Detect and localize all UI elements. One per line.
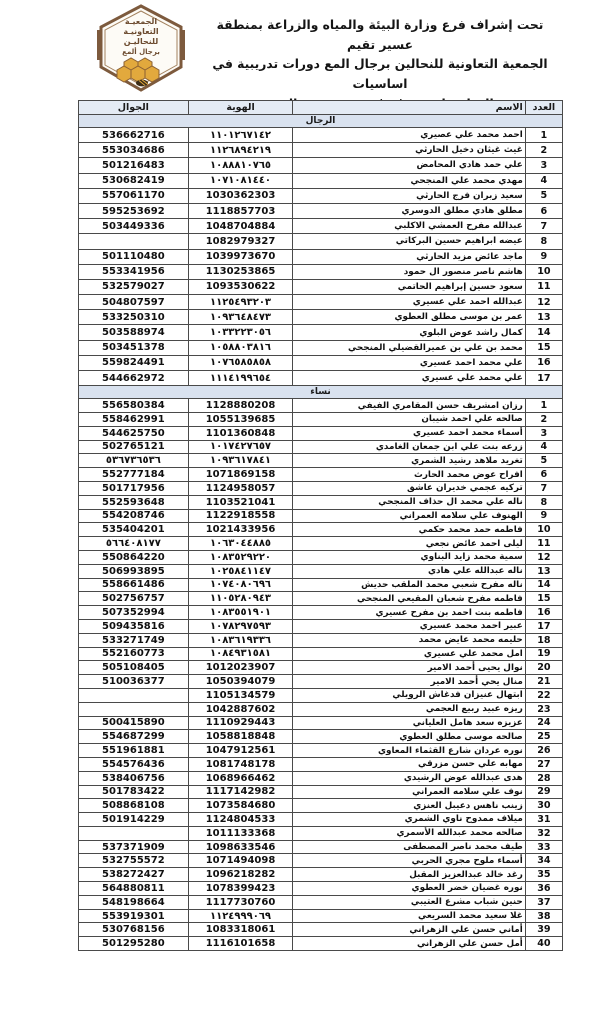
section-title: الرجال <box>79 115 563 128</box>
id-cell: 1118857703 <box>188 203 293 218</box>
id-cell: ١٠٧١٠٨١٤٤٠ <box>188 173 293 188</box>
num-cell: 11 <box>525 537 562 551</box>
num-cell: 36 <box>525 882 562 896</box>
table-row: 6مطلق هادي مطلق الدوسري11188577035952536… <box>79 203 563 218</box>
name-cell: رغد خالد عبدالعزيز المقبل <box>293 868 525 882</box>
id-cell: 1128880208 <box>188 399 293 413</box>
id-cell: 1030362303 <box>188 188 293 203</box>
num-cell: 5 <box>525 188 562 203</box>
table-row: 26نوره عردان شارع القثماء المعاوي1047912… <box>79 744 563 758</box>
name-cell: علي محمد احمد عسيري <box>293 355 525 370</box>
mobile-cell: 564880811 <box>79 882 189 896</box>
name-cell: أسماء ملوح مجري الحربي <box>293 854 525 868</box>
table-row: 10هاشم ناصر منصور ال حمود113025386555334… <box>79 264 563 279</box>
name-cell: الهنوف علي سلامه العمراني <box>293 509 525 523</box>
num-cell: 17 <box>525 371 562 386</box>
id-cell: 1083318061 <box>188 923 293 937</box>
id-cell: 1047912561 <box>188 744 293 758</box>
mobile-cell <box>79 702 189 716</box>
name-cell: عمر بن موسى مطلق العطوي <box>293 310 525 325</box>
name-cell: غيث غيثان دخيل الحارثي <box>293 143 525 158</box>
num-cell: 17 <box>525 619 562 633</box>
name-cell: ميلاف ممدوح ناوي الشمري <box>293 813 525 827</box>
num-cell: 35 <box>525 868 562 882</box>
name-cell: نوره غضيان خضر العطوي <box>293 882 525 896</box>
svg-text:التعاونيـة: التعاونيـة <box>123 27 159 36</box>
table-row: 3علي حمد هادي المحامض١٠٨٨٨١٠٧٦٥501216483 <box>79 158 563 173</box>
mobile-cell: 548198664 <box>79 895 189 909</box>
mobile-cell: 554208746 <box>79 509 189 523</box>
name-cell: ليلى احمد عائض نجعي <box>293 537 525 551</box>
table-row: 31ميلاف ممدوح ناوي الشمري112480453350191… <box>79 813 563 827</box>
section-header-row: الرجال <box>79 115 563 128</box>
name-cell: صالحه علي احمد شيبان <box>293 412 525 426</box>
mobile-cell: 551961881 <box>79 744 189 758</box>
name-cell: مهدي محمد علي المنجحي <box>293 173 525 188</box>
mobile-cell: 595253692 <box>79 203 189 218</box>
num-cell: 10 <box>525 264 562 279</box>
mobile-cell: 507352994 <box>79 606 189 620</box>
mobile-cell: 537371909 <box>79 840 189 854</box>
mobile-cell: 504807597 <box>79 295 189 310</box>
num-cell: 18 <box>525 633 562 647</box>
table-row: 4زرعه بنت علي ابن جمعان الغامدي١٠١٧٤٢٧٦٥… <box>79 440 563 454</box>
mobile-cell: 502756757 <box>79 592 189 606</box>
name-cell: أماني حسن علي الزهراني <box>293 923 525 937</box>
id-cell: 1098633546 <box>188 840 293 854</box>
table-row: 30زينب ناهس دعيبل العنزي1073584680508868… <box>79 799 563 813</box>
table-row: 23ريزه عبيد ربيع العجمي1042887602 <box>79 702 563 716</box>
name-cell: ناله علي محمد ال حذاف المنجحي <box>293 495 525 509</box>
id-cell: ١١١٤١٩٩٦٥٤ <box>188 371 293 386</box>
name-cell: تركيه عجمي خديران عاشق <box>293 481 525 495</box>
table-row: 36نوره غضيان خضر العطوي10783994235648808… <box>79 882 563 896</box>
table-row: 19امل محمد علي عسيري١٠٨٤٩٣١٥٨١552160773 <box>79 647 563 661</box>
mobile-cell: 544662972 <box>79 371 189 386</box>
name-cell: حنين شباب مشرع العتيبي <box>293 895 525 909</box>
table-row: 18حليمه محمد عايض محمد١٠٨٣٦١٩٣٣٦53327174… <box>79 633 563 647</box>
name-cell: سمية محمد زايد البناوي <box>293 550 525 564</box>
num-cell: 3 <box>525 426 562 440</box>
id-cell: 1117730760 <box>188 895 293 909</box>
mobile-cell: 552160773 <box>79 647 189 661</box>
id-cell: 1116101658 <box>188 937 293 951</box>
table-row: 13عمر بن موسى مطلق العطوي١٠٩٣٦٤٨٤٧٣53325… <box>79 310 563 325</box>
mobile-cell: 533271749 <box>79 633 189 647</box>
name-cell: أمل حسن علي الزهراني <box>293 937 525 951</box>
table-row: 15محمد بن علي بن عميرالقضيلي المنجحي١٠٥٨… <box>79 340 563 355</box>
id-cell: ١٠٨٨٨١٠٧٦٥ <box>188 158 293 173</box>
mobile-cell: 532755572 <box>79 854 189 868</box>
num-cell: 15 <box>525 592 562 606</box>
svg-text:للنحاليـن: للنحاليـن <box>124 37 159 46</box>
id-cell: ١١٠١٢٦٧١٤٢ <box>188 128 293 143</box>
name-cell: صالحه محمد عبدالله الأسمري <box>293 826 525 840</box>
num-cell: 31 <box>525 813 562 827</box>
name-cell: زينب ناهس دعيبل العنزي <box>293 799 525 813</box>
name-cell: سعود حسين إبراهيم الحاتمي <box>293 279 525 294</box>
id-cell: 1093530622 <box>188 279 293 294</box>
num-cell: 16 <box>525 606 562 620</box>
name-cell: عبير احمد محمد عسيري <box>293 619 525 633</box>
mobile-cell: 558661486 <box>79 578 189 592</box>
id-cell: 1122918558 <box>188 509 293 523</box>
id-cell: 1021433956 <box>188 523 293 537</box>
mobile-cell: 501783422 <box>79 785 189 799</box>
num-cell: 2 <box>525 143 562 158</box>
mobile-cell: 557061170 <box>79 188 189 203</box>
table-row: 28هدى عبدالله عوض الرشيدي106896646253840… <box>79 771 563 785</box>
id-cell: 1081748178 <box>188 757 293 771</box>
column-header-number: العدد <box>525 101 562 115</box>
id-cell: ١٠٧٦٥٨٥٨٥٨ <box>188 355 293 370</box>
name-cell: فاطمه مفرح شعبان المقيعي المنجحي <box>293 592 525 606</box>
table-row: 8ناله علي محمد ال حذاف المنجحي1103521041… <box>79 495 563 509</box>
id-cell: ١٠٣٣٢٢٣٠٥٦ <box>188 325 293 340</box>
name-cell: نوره عردان شارع القثماء المعاوي <box>293 744 525 758</box>
table-row: 11ليلى احمد عائض نجعي١٠٦٣٠٤٤٨٨٥٥٦٦٤٠٨١٧٧ <box>79 537 563 551</box>
name-cell: رزان امشريف حسن المقامري الفيفي <box>293 399 525 413</box>
table-row: 7تركيه عجمي خديران عاشق11249580575017179… <box>79 481 563 495</box>
table-row: 7عبدالله مفرح العمشي الاكلبي104870488450… <box>79 219 563 234</box>
mobile-cell: 536662716 <box>79 128 189 143</box>
id-cell: 1096218282 <box>188 868 293 882</box>
table-row: 10فاطمه حمد محمد حكمي1021433956535404201 <box>79 523 563 537</box>
name-cell: ريزه عبيد ربيع العجمي <box>293 702 525 716</box>
name-cell: زرعه بنت علي ابن جمعان الغامدي <box>293 440 525 454</box>
svg-text:الجمعيـة: الجمعيـة <box>125 17 158 26</box>
mobile-cell: 533250310 <box>79 310 189 325</box>
mobile-cell: 508868108 <box>79 799 189 813</box>
mobile-cell: 538406756 <box>79 771 189 785</box>
id-cell: 1050394079 <box>188 675 293 689</box>
table-row: 1رزان امشريف حسن المقامري الفيفي11288802… <box>79 399 563 413</box>
header-line-1: تحت إشراف فرع وزارة البيئة والمياه والزر… <box>198 16 562 55</box>
id-cell: 1101360848 <box>188 426 293 440</box>
num-cell: 30 <box>525 799 562 813</box>
num-cell: 13 <box>525 310 562 325</box>
num-cell: 9 <box>525 249 562 264</box>
num-cell: 37 <box>525 895 562 909</box>
id-cell: 1012023907 <box>188 661 293 675</box>
mobile-cell: 553034686 <box>79 143 189 158</box>
name-cell: ناله مفرح شعبي محمد الملقب حديش <box>293 578 525 592</box>
participants-table: العدد الاسم الهوية الجوال الرجال1احمد مح… <box>78 100 563 951</box>
mobile-cell: 552777184 <box>79 468 189 482</box>
header-line-2: الجمعية التعاونية للنحالين برجال المع دو… <box>198 55 562 94</box>
id-cell: ١٠٨٤٩٣١٥٨١ <box>188 647 293 661</box>
mobile-cell: 535404201 <box>79 523 189 537</box>
name-cell: كمال راشد عوض البلوي <box>293 325 525 340</box>
name-cell: تغريد ملاهد رشيد الشمري <box>293 454 525 468</box>
name-cell: مطلق هادي مطلق الدوسري <box>293 203 525 218</box>
table-row: 5سعيد زبران فرج الحارثي10303623035570611… <box>79 188 563 203</box>
num-cell: 11 <box>525 279 562 294</box>
num-cell: 8 <box>525 495 562 509</box>
mobile-cell: ٥٦٦٤٠٨١٧٧ <box>79 537 189 551</box>
table-row: 17عبير احمد محمد عسيري١٠٧٨٢٩٧٥٩٣50943581… <box>79 619 563 633</box>
name-cell: علي محمد علي عسيري <box>293 371 525 386</box>
table-row: 29نوف علي سلامه العمراني1117142982501783… <box>79 785 563 799</box>
svg-text:برجال ألمع: برجال ألمع <box>122 47 160 56</box>
mobile-cell: 530682419 <box>79 173 189 188</box>
table-row: 11سعود حسين إبراهيم الحاتمي1093530622532… <box>79 279 563 294</box>
id-cell: 1068966462 <box>188 771 293 785</box>
name-cell: أسماء محمد احمد عسيري <box>293 426 525 440</box>
num-cell: 3 <box>525 158 562 173</box>
mobile-cell: 503449336 <box>79 219 189 234</box>
id-cell: ١٠٩٣٦٤٨٤٧٣ <box>188 310 293 325</box>
table-row: 21منال يحي أحمد الامير105039407951003637… <box>79 675 563 689</box>
name-cell: مهابه علي حسن مزرقي <box>293 757 525 771</box>
num-cell: 6 <box>525 468 562 482</box>
num-cell: 4 <box>525 440 562 454</box>
num-cell: 23 <box>525 702 562 716</box>
name-cell: هدى عبدالله عوض الرشيدي <box>293 771 525 785</box>
mobile-cell: 510036377 <box>79 675 189 689</box>
id-cell: 1103521041 <box>188 495 293 509</box>
name-cell: حليمه محمد عايض محمد <box>293 633 525 647</box>
num-cell: 40 <box>525 937 562 951</box>
id-cell: 1105134579 <box>188 688 293 702</box>
mobile-cell: 501216483 <box>79 158 189 173</box>
table-row: 9الهنوف علي سلامه العمراني11229185585542… <box>79 509 563 523</box>
num-cell: 24 <box>525 716 562 730</box>
mobile-cell: 506993895 <box>79 564 189 578</box>
id-cell: ١٠٩٣٦١٧٨٤١ <box>188 454 293 468</box>
id-cell: 1124804533 <box>188 813 293 827</box>
logo-text: الجمعيـة التعاونيـة للنحاليـن برجال ألمع <box>122 17 160 56</box>
num-cell: 38 <box>525 909 562 923</box>
name-cell: علي حمد هادي المحامض <box>293 158 525 173</box>
mobile-cell: 550864220 <box>79 550 189 564</box>
table-row: 4مهدي محمد علي المنجحي١٠٧١٠٨١٤٤٠53068241… <box>79 173 563 188</box>
id-cell: ١٠٦٣٠٤٤٨٨٥ <box>188 537 293 551</box>
mobile-cell: 503588974 <box>79 325 189 340</box>
id-cell: 1078399423 <box>188 882 293 896</box>
table-row: 12سمية محمد زايد البناوي١٠٨٣٥٢٩٢٢٠550864… <box>79 550 563 564</box>
mobile-cell: 538272427 <box>79 868 189 882</box>
num-cell: 8 <box>525 234 562 249</box>
table-row: 14كمال راشد عوض البلوي١٠٣٣٢٢٣٠٥٦50358897… <box>79 325 563 340</box>
mobile-cell: 553919301 <box>79 909 189 923</box>
name-cell: عزيزه سعد هامل العلياني <box>293 716 525 730</box>
table-row: 38غلا سعيد محمد السريعي١١٢٤٩٩٩٠٦٩5539193… <box>79 909 563 923</box>
mobile-cell: 502765121 <box>79 440 189 454</box>
id-cell: ١٠٥٨٨٠٣٨١٦ <box>188 340 293 355</box>
id-cell: 1039973670 <box>188 249 293 264</box>
column-header-id: الهوية <box>188 101 293 115</box>
id-cell: 1055139685 <box>188 412 293 426</box>
table-row: 40أمل حسن علي الزهراني111610165850129528… <box>79 937 563 951</box>
mobile-cell: 530768156 <box>79 923 189 937</box>
table-header-row: العدد الاسم الهوية الجوال <box>79 101 563 115</box>
mobile-cell: ٥٣٦٧٣٦٥٣٦ <box>79 454 189 468</box>
table-row: 6افراح عوض محمد الحارث107186915855277718… <box>79 468 563 482</box>
id-cell: ١٠٧٤٠٨٠٦٩٦ <box>188 578 293 592</box>
name-cell: محمد بن علي بن عميرالقضيلي المنجحي <box>293 340 525 355</box>
num-cell: 14 <box>525 578 562 592</box>
section-title: نساء <box>79 386 563 399</box>
name-cell: ناله عبدالله علي هادي <box>293 564 525 578</box>
num-cell: 21 <box>525 675 562 689</box>
table-row: 14ناله مفرح شعبي محمد الملقب حديش١٠٧٤٠٨٠… <box>79 578 563 592</box>
name-cell: فاطمه بنت احمد بن مفرح عسيري <box>293 606 525 620</box>
name-cell: صالحه موسى مطلق العطوي <box>293 730 525 744</box>
mobile-cell: 554576436 <box>79 757 189 771</box>
name-cell: غلا سعيد محمد السريعي <box>293 909 525 923</box>
id-cell: ١٠٧٨٢٩٧٥٩٣ <box>188 619 293 633</box>
beekeepers-association-logo-icon: الجمعيـة التعاونيـة للنحاليـن برجال ألمع <box>90 4 192 94</box>
num-cell: 28 <box>525 771 562 785</box>
table-row: 2غيث غيثان دخيل الحارثي١١٢٦٨٩٤٢١٩5530346… <box>79 143 563 158</box>
name-cell: افراح عوض محمد الحارث <box>293 468 525 482</box>
num-cell: 4 <box>525 173 562 188</box>
mobile-cell: 532579027 <box>79 279 189 294</box>
mobile-cell: 553341956 <box>79 264 189 279</box>
name-cell: نوف علي سلامه العمراني <box>293 785 525 799</box>
id-cell: 1117142982 <box>188 785 293 799</box>
table-row: 2صالحه علي احمد شيبان1055139685558462991 <box>79 412 563 426</box>
table-row: 22ابتهال عنيزان فدغاش الرويلي1105134579 <box>79 688 563 702</box>
column-header-mobile: الجوال <box>79 101 189 115</box>
table-row: 9ماجد عائض مزيد الحارثي10399736705011104… <box>79 249 563 264</box>
table-row: 20نوال يحيى أحمد الامير10120239075051084… <box>79 661 563 675</box>
table-row: 37حنين شباب مشرع العتيبي1117730760548198… <box>79 895 563 909</box>
name-cell: امل محمد علي عسيري <box>293 647 525 661</box>
table-row: 5تغريد ملاهد رشيد الشمري١٠٩٣٦١٧٨٤١٥٣٦٧٣٦… <box>79 454 563 468</box>
num-cell: 32 <box>525 826 562 840</box>
mobile-cell: 503451378 <box>79 340 189 355</box>
name-cell: منال يحي أحمد الامير <box>293 675 525 689</box>
num-cell: 9 <box>525 509 562 523</box>
id-cell: ١١٢٦٨٩٤٢١٩ <box>188 143 293 158</box>
mobile-cell: 501110480 <box>79 249 189 264</box>
table-row: 24عزيزه سعد هامل العلياني111092944350041… <box>79 716 563 730</box>
table-row: 1احمد محمد علي عصيري١١٠١٢٦٧١٤٢536662716 <box>79 128 563 143</box>
mobile-cell: 554687299 <box>79 730 189 744</box>
num-cell: 27 <box>525 757 562 771</box>
num-cell: 25 <box>525 730 562 744</box>
num-cell: 13 <box>525 564 562 578</box>
mobile-cell: 552593648 <box>79 495 189 509</box>
num-cell: 12 <box>525 295 562 310</box>
table-row: 17علي محمد علي عسيري١١١٤١٩٩٦٥٤544662972 <box>79 371 563 386</box>
num-cell: 1 <box>525 399 562 413</box>
mobile-cell: 544625750 <box>79 426 189 440</box>
num-cell: 6 <box>525 203 562 218</box>
id-cell: 1071869158 <box>188 468 293 482</box>
num-cell: 15 <box>525 340 562 355</box>
name-cell: هاشم ناصر منصور ال حمود <box>293 264 525 279</box>
name-cell: فاطمه حمد محمد حكمي <box>293 523 525 537</box>
table-row: 12عبدالله احمد علي عسيري١١٢٥٤٩٣٢٠٣504807… <box>79 295 563 310</box>
table-row: 15فاطمه مفرح شعبان المقيعي المنجحي١١٠٥٢٨… <box>79 592 563 606</box>
num-cell: 2 <box>525 412 562 426</box>
mobile-cell: 556580384 <box>79 399 189 413</box>
id-cell: ١١٠٥٢٨٠٩٤٣ <box>188 592 293 606</box>
name-cell: احمد محمد علي عصيري <box>293 128 525 143</box>
table-row: 39أماني حسن علي الزهراني1083318061530768… <box>79 923 563 937</box>
name-cell: نوال يحيى أحمد الامير <box>293 661 525 675</box>
num-cell: 20 <box>525 661 562 675</box>
num-cell: 19 <box>525 647 562 661</box>
id-cell: 1110929443 <box>188 716 293 730</box>
id-cell: 1124958057 <box>188 481 293 495</box>
id-cell: 1071494098 <box>188 854 293 868</box>
id-cell: ١٠٨٣٥٥١٩٠١ <box>188 606 293 620</box>
document-page: الجمعيـة التعاونيـة للنحاليـن برجال ألمع… <box>0 0 596 1024</box>
mobile-cell: 559824491 <box>79 355 189 370</box>
name-cell: ماجد عائض مزيد الحارثي <box>293 249 525 264</box>
column-header-name: الاسم <box>293 101 525 115</box>
num-cell: 16 <box>525 355 562 370</box>
mobile-cell: 558462991 <box>79 412 189 426</box>
name-cell: عبدالله احمد علي عسيري <box>293 295 525 310</box>
num-cell: 26 <box>525 744 562 758</box>
id-cell: ١٠٨٣٦١٩٣٣٦ <box>188 633 293 647</box>
id-cell: 1058818848 <box>188 730 293 744</box>
table-row: 34أسماء ملوح مجري الحربي1071494098532755… <box>79 854 563 868</box>
id-cell: ١١٢٤٩٩٩٠٦٩ <box>188 909 293 923</box>
table-row: 16علي محمد احمد عسيري١٠٧٦٥٨٥٨٥٨559824491 <box>79 355 563 370</box>
num-cell: 29 <box>525 785 562 799</box>
num-cell: 7 <box>525 219 562 234</box>
num-cell: 10 <box>525 523 562 537</box>
mobile-cell: 501295280 <box>79 937 189 951</box>
table-row: 8عيضه ابراهيم حسين البركاتي1082979327 <box>79 234 563 249</box>
id-cell: 1082979327 <box>188 234 293 249</box>
mobile-cell: 505108405 <box>79 661 189 675</box>
num-cell: 7 <box>525 481 562 495</box>
table-row: 33طيف محمد ناصر المصطفى10986335465373719… <box>79 840 563 854</box>
mobile-cell: 501717956 <box>79 481 189 495</box>
id-cell: ١٠٢٥٨٤١١٤٧ <box>188 564 293 578</box>
table-row: 27مهابه علي حسن مزرقي1081748178554576436 <box>79 757 563 771</box>
id-cell: 1073584680 <box>188 799 293 813</box>
table-row: 25صالحه موسى مطلق العطوي1058818848554687… <box>79 730 563 744</box>
mobile-cell <box>79 826 189 840</box>
id-cell: 1048704884 <box>188 219 293 234</box>
id-cell: 1042887602 <box>188 702 293 716</box>
mobile-cell: 500415890 <box>79 716 189 730</box>
mobile-cell: 509435816 <box>79 619 189 633</box>
num-cell: 14 <box>525 325 562 340</box>
bee-icon <box>136 80 148 87</box>
table-row: 35رغد خالد عبدالعزيز المقبل1096218282538… <box>79 868 563 882</box>
id-cell: ١٠٨٣٥٢٩٢٢٠ <box>188 550 293 564</box>
num-cell: 39 <box>525 923 562 937</box>
num-cell: 5 <box>525 454 562 468</box>
name-cell: طيف محمد ناصر المصطفى <box>293 840 525 854</box>
num-cell: 22 <box>525 688 562 702</box>
mobile-cell <box>79 688 189 702</box>
id-cell: ١١٢٥٤٩٣٢٠٣ <box>188 295 293 310</box>
name-cell: عيضه ابراهيم حسين البركاتي <box>293 234 525 249</box>
name-cell: ابتهال عنيزان فدغاش الرويلي <box>293 688 525 702</box>
name-cell: سعيد زبران فرج الحارثي <box>293 188 525 203</box>
num-cell: 34 <box>525 854 562 868</box>
num-cell: 1 <box>525 128 562 143</box>
table-row: 3أسماء محمد احمد عسيري110136084854462575… <box>79 426 563 440</box>
table-row: 13ناله عبدالله علي هادي١٠٢٥٨٤١١٤٧5069938… <box>79 564 563 578</box>
id-cell: 1130253865 <box>188 264 293 279</box>
section-header-row: نساء <box>79 386 563 399</box>
id-cell: 1011133368 <box>188 826 293 840</box>
num-cell: 33 <box>525 840 562 854</box>
mobile-cell: 501914229 <box>79 813 189 827</box>
table-row: 16فاطمه بنت احمد بن مفرح عسيري١٠٨٣٥٥١٩٠١… <box>79 606 563 620</box>
